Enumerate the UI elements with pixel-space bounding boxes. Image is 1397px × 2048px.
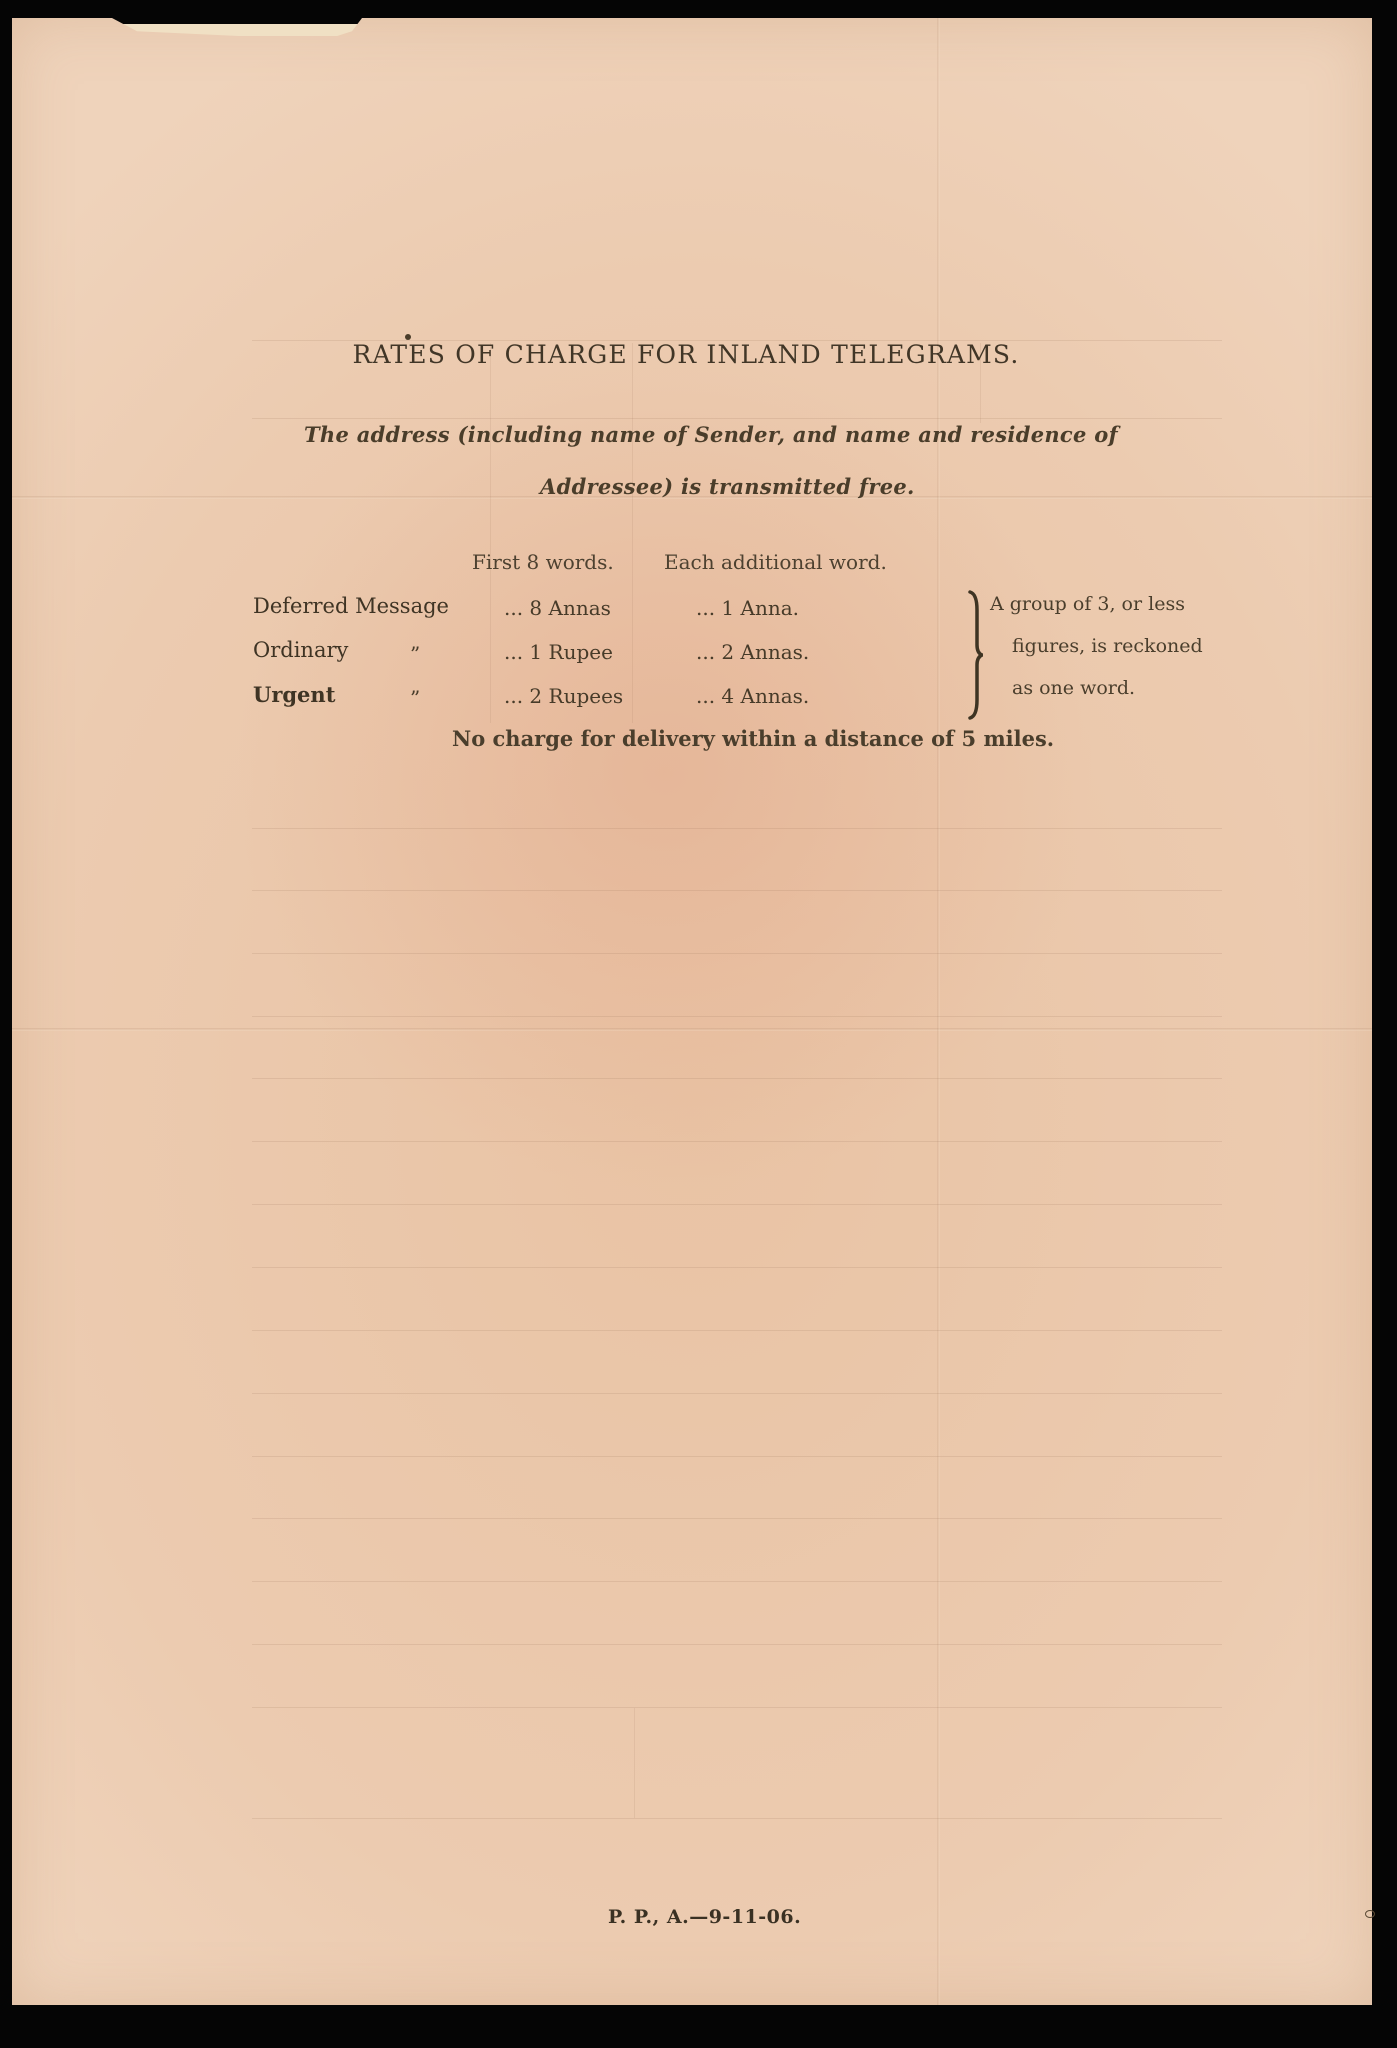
ditto-mark: ”	[410, 642, 420, 666]
cell-ordinary-additional: ... 2 Annas.	[696, 640, 809, 664]
column-header-first-8-words: First 8 words.	[472, 550, 614, 574]
column-header-each-additional-word: Each additional word.	[664, 550, 887, 574]
address-note-line-1: The address (including name of Sender, a…	[304, 422, 1118, 447]
side-note-line-3: as one word.	[1012, 668, 1135, 708]
cell-ordinary-first: ... 1 Rupee	[504, 640, 613, 664]
curly-brace-icon	[967, 590, 983, 720]
page-title: RATES OF CHARGE FOR INLAND TELEGRAMS.	[6, 340, 1366, 369]
cell-deferred-first: ... 8 Annas	[504, 596, 611, 620]
fold-crease	[12, 1028, 1372, 1031]
cell-urgent-additional: ... 4 Annas.	[696, 684, 809, 708]
row-label-deferred: Deferred Message	[253, 594, 449, 618]
side-note-line-2: figures, is reckoned	[1012, 626, 1203, 666]
torn-edge	[112, 18, 362, 40]
row-label-urgent: Urgent	[253, 682, 335, 707]
delivery-note: No charge for delivery within a distance…	[452, 726, 1054, 751]
row-label-ordinary: Ordinary	[253, 638, 348, 662]
ink-speck	[1365, 1910, 1375, 1918]
side-note-line-1: A group of 3, or less	[990, 584, 1185, 624]
cell-urgent-first: ... 2 Rupees	[504, 684, 623, 708]
printer-imprint: P. P., A.—9-11-06.	[608, 1906, 801, 1928]
ditto-mark: ”	[410, 686, 420, 710]
cell-deferred-additional: ... 1 Anna.	[696, 596, 799, 620]
address-note-line-2: Addressee) is transmitted free.	[540, 474, 915, 499]
telegram-form-reverse: RATES OF CHARGE FOR INLAND TELEGRAMS. Th…	[12, 18, 1372, 2005]
